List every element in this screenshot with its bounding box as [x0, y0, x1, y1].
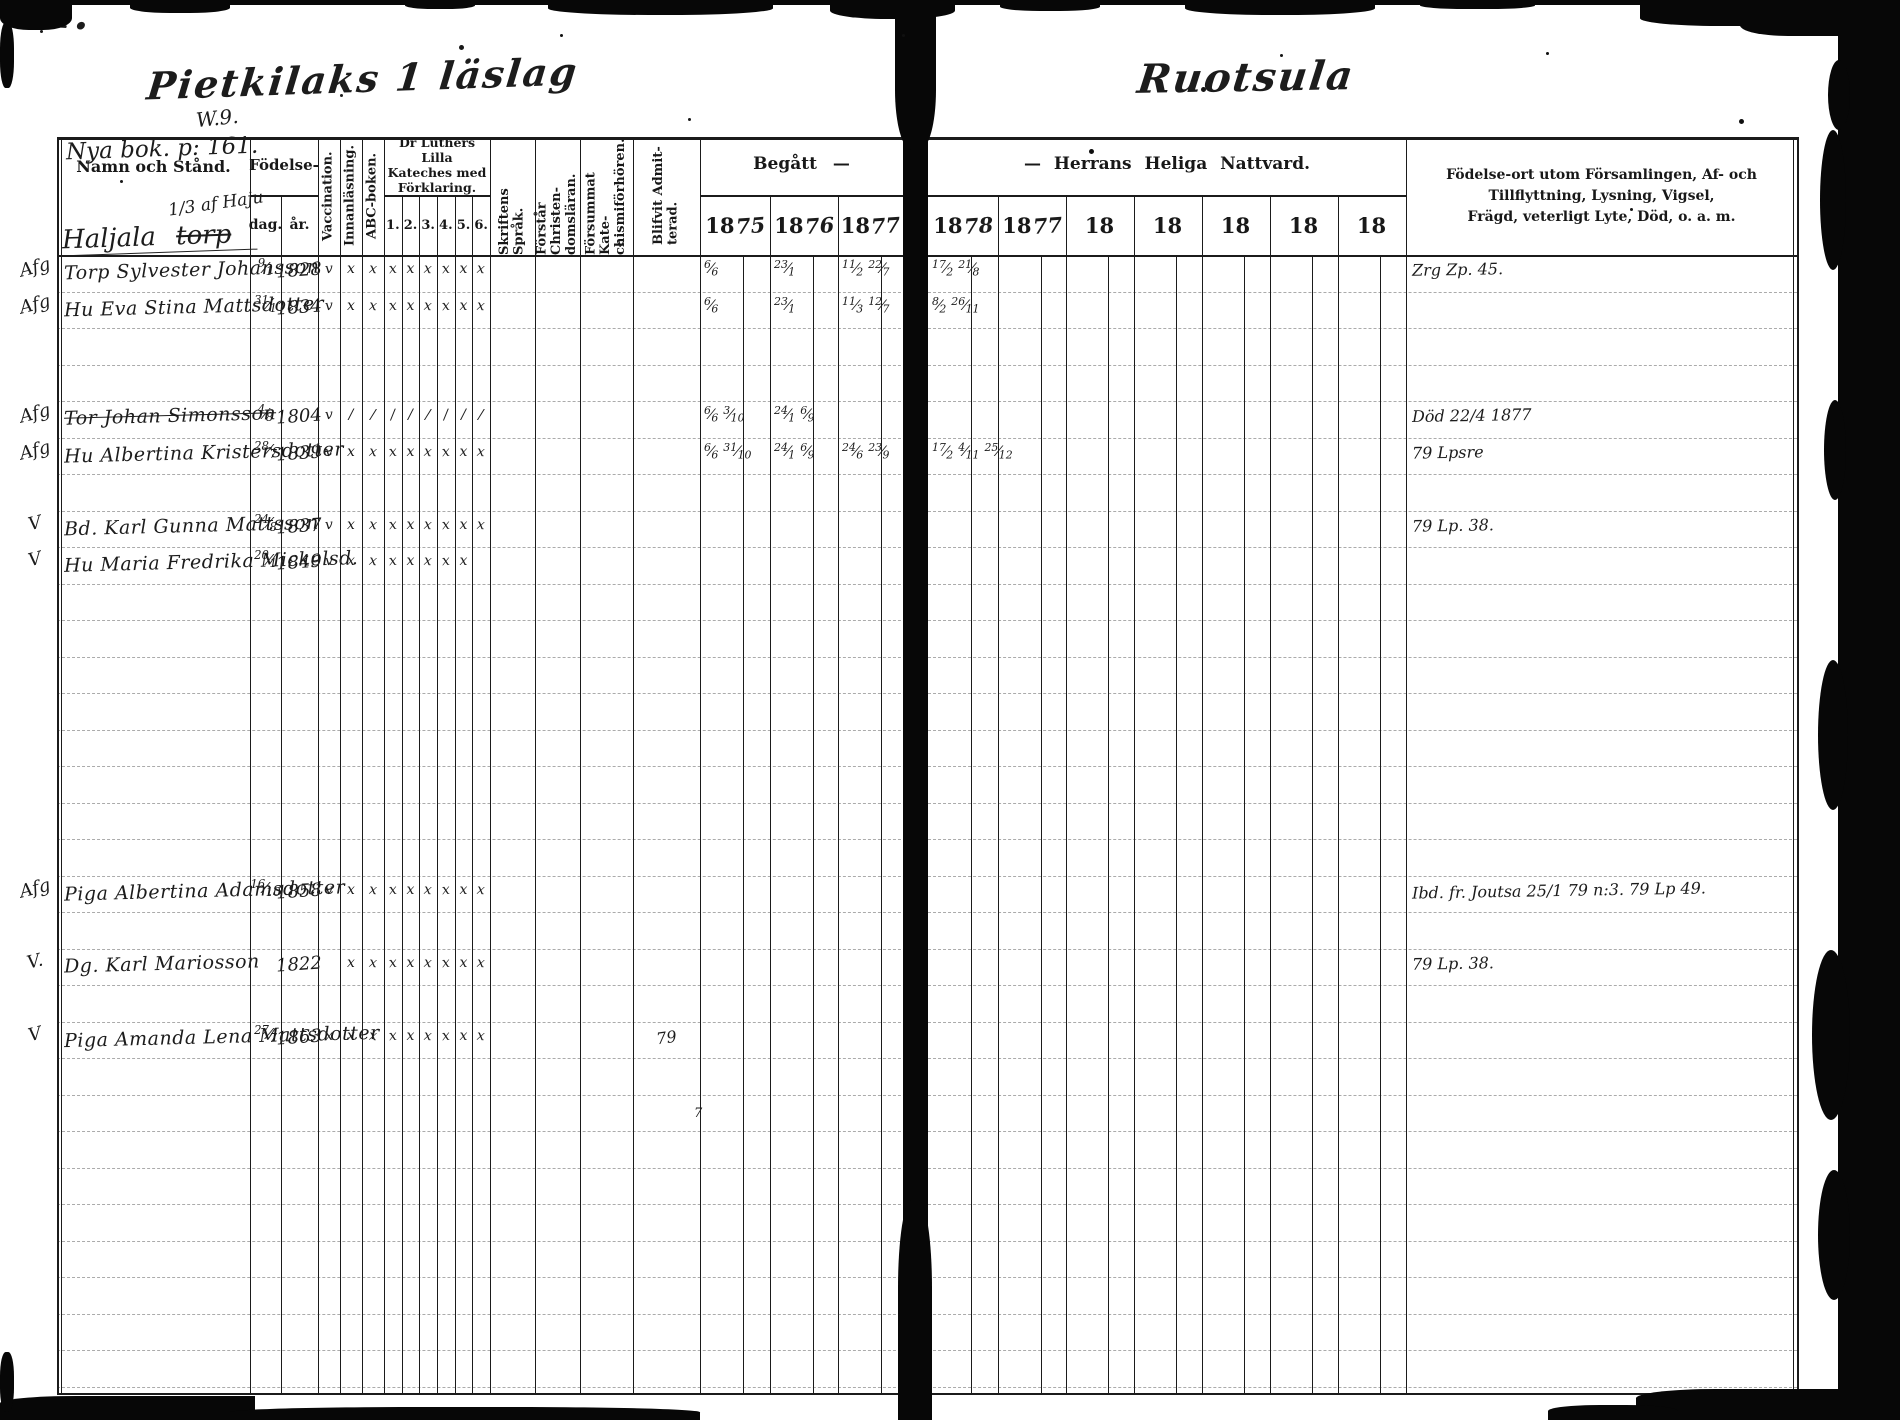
row-communion-dates: 11⁄312⁄7 — [842, 295, 889, 315]
row-admitted-year: 79 — [632, 1023, 701, 1051]
row-note: 79 Lp. 38. — [1412, 953, 1494, 973]
row-mark: / — [472, 406, 491, 423]
hw-note-top: W.9. — [195, 104, 240, 132]
scan-artifact — [130, 0, 230, 13]
row-mark: / — [402, 407, 420, 423]
scan-artifact — [1818, 660, 1848, 810]
stray-mark: v — [617, 236, 624, 251]
v-rule — [1041, 255, 1042, 1393]
understands-doctrine-column-header: Förstår Christen- domsläran. — [535, 137, 580, 255]
row-mark: x — [340, 955, 362, 971]
v-rule — [1176, 255, 1177, 1393]
row-mark: x — [472, 443, 491, 460]
row-mark: x — [419, 954, 438, 971]
row-note: Zrg Zp. 45. — [1412, 259, 1503, 280]
row-mark: x — [402, 955, 420, 971]
scan-artifact — [830, 0, 955, 19]
row-mark: x — [455, 882, 473, 898]
row-mark: x — [472, 297, 491, 314]
right-page-title: Ruotsula — [1135, 52, 1357, 103]
v-rule — [1202, 195, 1203, 1393]
scripture-language-column-header: Skriftens Språk. — [490, 137, 535, 255]
row-mark: x — [419, 297, 438, 314]
row-mark: x — [340, 444, 362, 460]
communion-year-header: 1875 — [700, 196, 770, 254]
scan-artifact — [405, 0, 475, 9]
row-mark: x — [419, 443, 438, 460]
row-mark: x — [455, 955, 473, 971]
v-rule — [1797, 137, 1799, 1393]
scan-artifact — [230, 1407, 700, 1420]
row-name: Dg. Karl Mariosson — [64, 950, 260, 977]
row-mark: x — [455, 298, 473, 314]
row-mark: x — [419, 881, 438, 898]
row-mark: v — [317, 552, 340, 570]
row-birth-year: 1839 — [278, 441, 319, 465]
row-birth-year: 1804 — [278, 405, 319, 429]
row-communion-dates: 24⁄16⁄9 — [774, 404, 815, 424]
row-margin-code: Afg — [12, 398, 58, 429]
communion-year-header: 1876 — [770, 196, 838, 254]
communion-year-header: 1877 — [838, 196, 903, 254]
row-note: 79 Lp. 38. — [1412, 515, 1494, 535]
row-mark: x — [361, 954, 384, 972]
row-communion-dates: 23⁄1 — [774, 295, 795, 315]
row-mark: x — [340, 1028, 362, 1044]
row-communion-dates: 11⁄222⁄7 — [842, 258, 889, 278]
row-mark: x — [361, 297, 384, 315]
row-mark: x — [383, 297, 402, 314]
row-mark: / — [361, 406, 384, 424]
row-note: 79 Lpsre — [1412, 442, 1484, 462]
row-communion-dates: 6⁄631⁄10 — [704, 441, 751, 461]
v-rule — [1338, 195, 1339, 1393]
section-heading-text: Haljala — [62, 222, 157, 255]
row-mark: x — [383, 260, 402, 277]
catechism-number: 5. — [455, 196, 473, 254]
row-mark: x — [340, 298, 362, 314]
catechism-number: 2. — [402, 196, 420, 254]
row-margin-code: Afg — [12, 289, 58, 320]
scan-artifact — [1000, 0, 1100, 11]
row-mark: x — [419, 1027, 438, 1044]
v-rule — [743, 255, 744, 1393]
row-margin-code: V — [12, 544, 58, 575]
scan-artifact — [1185, 0, 1375, 15]
row-communion-dates: 17⁄24⁄1125⁄12 — [932, 441, 1013, 461]
row-mark: x — [436, 954, 455, 971]
notes-column-header: Födelse-ort utom Församlingen, Af- och T… — [1406, 137, 1797, 255]
scan-artifact — [1820, 130, 1846, 270]
scan-artifact — [1548, 1405, 1678, 1420]
row-mark: x — [402, 517, 420, 533]
row-mark: x — [472, 954, 491, 971]
communion-header-left: Begått — — [700, 137, 903, 191]
left-page-title: Pietkilaks 1 läslag — [145, 49, 581, 109]
row-communion-dates: 6⁄6 — [704, 258, 718, 278]
row-mark: x — [455, 444, 473, 460]
row-mark: x — [361, 443, 384, 461]
row-mark: x — [472, 260, 491, 277]
row-mark: x — [361, 1027, 384, 1045]
h-rule — [928, 195, 1406, 197]
row-mark: x — [436, 443, 455, 460]
row-mark: x — [340, 261, 362, 277]
scan-artifact — [548, 0, 773, 15]
catechism-number: 4. — [437, 196, 455, 254]
row-mark: x — [361, 552, 384, 570]
row-name: Tor Johan Simonsson — [64, 402, 277, 430]
row-mark: x — [455, 553, 473, 569]
row-communion-dates: 24⁄623⁄9 — [842, 441, 889, 461]
scanned-parish-register-page: 91. Pietkilaks 1 läslag Ruotsula W.9. Ny… — [0, 0, 1900, 1420]
v-rule — [1066, 195, 1067, 1393]
communion-year-header: 1877 — [998, 196, 1066, 254]
scan-artifact — [898, 1200, 932, 1420]
birth-day-header: dag. — [250, 196, 281, 254]
scan-noise — [40, 30, 43, 33]
row-birth-year: 1828 — [278, 259, 319, 283]
v-rule — [437, 195, 438, 1393]
communion-year-header: 18 — [1202, 196, 1270, 254]
scan-artifact — [1420, 0, 1535, 9]
row-margin-code: Afg — [12, 873, 58, 904]
row-mark: x — [402, 1028, 420, 1044]
row-mark: x — [361, 260, 384, 278]
row-mark: x — [383, 881, 402, 898]
catechism-number: 3. — [419, 196, 437, 254]
row-margin-code: Afg — [12, 435, 58, 466]
row-birth-year: 1863 — [278, 1025, 319, 1049]
row-margin-code: Afg — [12, 252, 58, 283]
row-mark: x — [402, 882, 420, 898]
row-mark: x — [361, 881, 384, 899]
row-birth-year: 1834 — [278, 295, 319, 319]
row-communion-dates: 23⁄1 — [774, 258, 795, 278]
row-mark: v — [317, 297, 340, 315]
row-note: Död 22/4 1877 — [1412, 405, 1532, 426]
row-mark: x — [436, 881, 455, 898]
row-mark: v — [317, 260, 340, 278]
v-rule — [402, 195, 403, 1393]
row-mark: x — [436, 552, 455, 569]
catechism-number: 1. — [384, 196, 402, 254]
scan-artifact — [1812, 950, 1850, 1120]
row-mark: x — [383, 552, 402, 569]
communion-year-header: 1878 — [928, 196, 998, 254]
row-mark: x — [455, 1028, 473, 1044]
scan-artifact — [895, 0, 936, 150]
abc-book-column-header: ABC-boken. — [362, 137, 384, 255]
row-birth-year: 1837 — [278, 514, 319, 538]
row-communion-dates: 6⁄63⁄10 — [704, 404, 745, 424]
h-rule — [250, 195, 318, 197]
communion-year-header: 18 — [1134, 196, 1202, 254]
communion-year-header: 18 — [1338, 196, 1406, 254]
row-mark: / — [455, 407, 473, 423]
row-mark: x — [402, 298, 420, 314]
row-mark: x — [383, 1027, 402, 1044]
communion-year-header: 18 — [1066, 196, 1134, 254]
row-mark: x — [436, 1027, 455, 1044]
row-mark: x — [436, 516, 455, 533]
row-mark: x — [383, 443, 402, 460]
vaccination-column-header: Vaccination. — [318, 137, 340, 255]
communion-year-header: 18 — [1270, 196, 1338, 254]
row-mark: x — [402, 553, 420, 569]
row-margin-code: V. — [12, 946, 58, 977]
row-note: Ibd. fr. Joutsa 25/1 79 n:3. 79 Lp 49. — [1412, 878, 1706, 902]
row-mark: / — [383, 406, 402, 423]
row-communion-dates: 8⁄226⁄11 — [932, 295, 979, 315]
section-heading: Haljala torp — [62, 219, 258, 257]
v-rule — [1134, 195, 1135, 1393]
row-mark: x — [340, 553, 362, 569]
h-rule — [700, 195, 903, 197]
scan-artifact — [0, 1396, 255, 1420]
row-mark: x — [419, 260, 438, 277]
v-rule — [770, 195, 771, 1393]
row-mark: x — [419, 552, 438, 569]
birth-year-header: år. — [281, 196, 318, 254]
catechism-number: 6. — [472, 196, 490, 254]
row-mark: / — [419, 406, 438, 423]
communion-header-right: — Herrans Heliga Nattvard. — [928, 137, 1406, 191]
row-mark: x — [340, 517, 362, 533]
row-mark: x — [340, 882, 362, 898]
row-mark: x — [361, 516, 384, 534]
v-rule — [1108, 255, 1109, 1393]
row-mark: / — [436, 406, 455, 423]
scan-artifact — [0, 22, 14, 88]
v-rule — [281, 195, 282, 1393]
row-mark: x — [419, 516, 438, 533]
v-rule — [1312, 255, 1313, 1393]
row-mark: x — [455, 261, 473, 277]
row-mark: v — [317, 881, 340, 899]
v-rule — [971, 255, 972, 1393]
v-rule — [1244, 255, 1245, 1393]
row-mark: x — [317, 1027, 340, 1045]
section-heading-suffix: torp — [176, 220, 232, 252]
v-rule — [998, 195, 999, 1393]
row-mark: x — [436, 297, 455, 314]
name-column-header: Namn och Stånd. — [57, 152, 250, 180]
row-communion-dates: 17⁄221⁄8 — [932, 258, 979, 278]
row-mark: v — [317, 443, 340, 461]
v-rule — [455, 195, 456, 1393]
admitted-column-header: Blifvit Admit- terad. — [633, 137, 700, 255]
scan-artifact — [0, 1352, 14, 1412]
row-mark: x — [472, 516, 491, 533]
row-communion-dates: 6⁄6 — [704, 295, 718, 315]
v-rule — [1380, 255, 1381, 1393]
row-mark: x — [472, 1027, 491, 1044]
missed-catechism-column-header: Försummat Kate- chismiförhören. — [580, 137, 633, 255]
v-rule — [813, 255, 814, 1393]
row-margin-code: V — [12, 508, 58, 539]
row-birth-year: 1849 — [278, 551, 319, 575]
row-mark: v — [317, 406, 340, 424]
row-birth-year: 1822 — [278, 952, 319, 976]
v-rule — [881, 255, 882, 1393]
stray-mark: 7 — [694, 1106, 702, 1121]
v-rule — [419, 195, 420, 1393]
scan-artifact — [1818, 1170, 1850, 1300]
scan-artifact — [1824, 400, 1846, 500]
row-mark: x — [402, 444, 420, 460]
row-margin-code: V — [12, 1019, 58, 1050]
row-mark: x — [383, 516, 402, 533]
row-mark: v — [317, 516, 340, 534]
scan-artifact — [1828, 60, 1850, 130]
v-rule — [838, 195, 839, 1393]
row-birth-year: 1858 — [278, 879, 319, 903]
row-mark: / — [340, 407, 362, 423]
row-mark: x — [383, 954, 402, 971]
catechism-column-header: Dr Luthers Lilla Kateches med Förklaring… — [384, 137, 490, 193]
v-rule — [1270, 195, 1271, 1393]
birth-column-header: Födelse- — [250, 137, 318, 193]
row-mark: x — [455, 517, 473, 533]
row-mark: x — [472, 881, 491, 898]
row-mark: x — [436, 260, 455, 277]
row-mark: x — [402, 261, 420, 277]
v-rule — [472, 195, 473, 1393]
reading-column-header: Innanläsning. — [340, 137, 362, 255]
row-communion-dates: 24⁄16⁄9 — [774, 441, 815, 461]
